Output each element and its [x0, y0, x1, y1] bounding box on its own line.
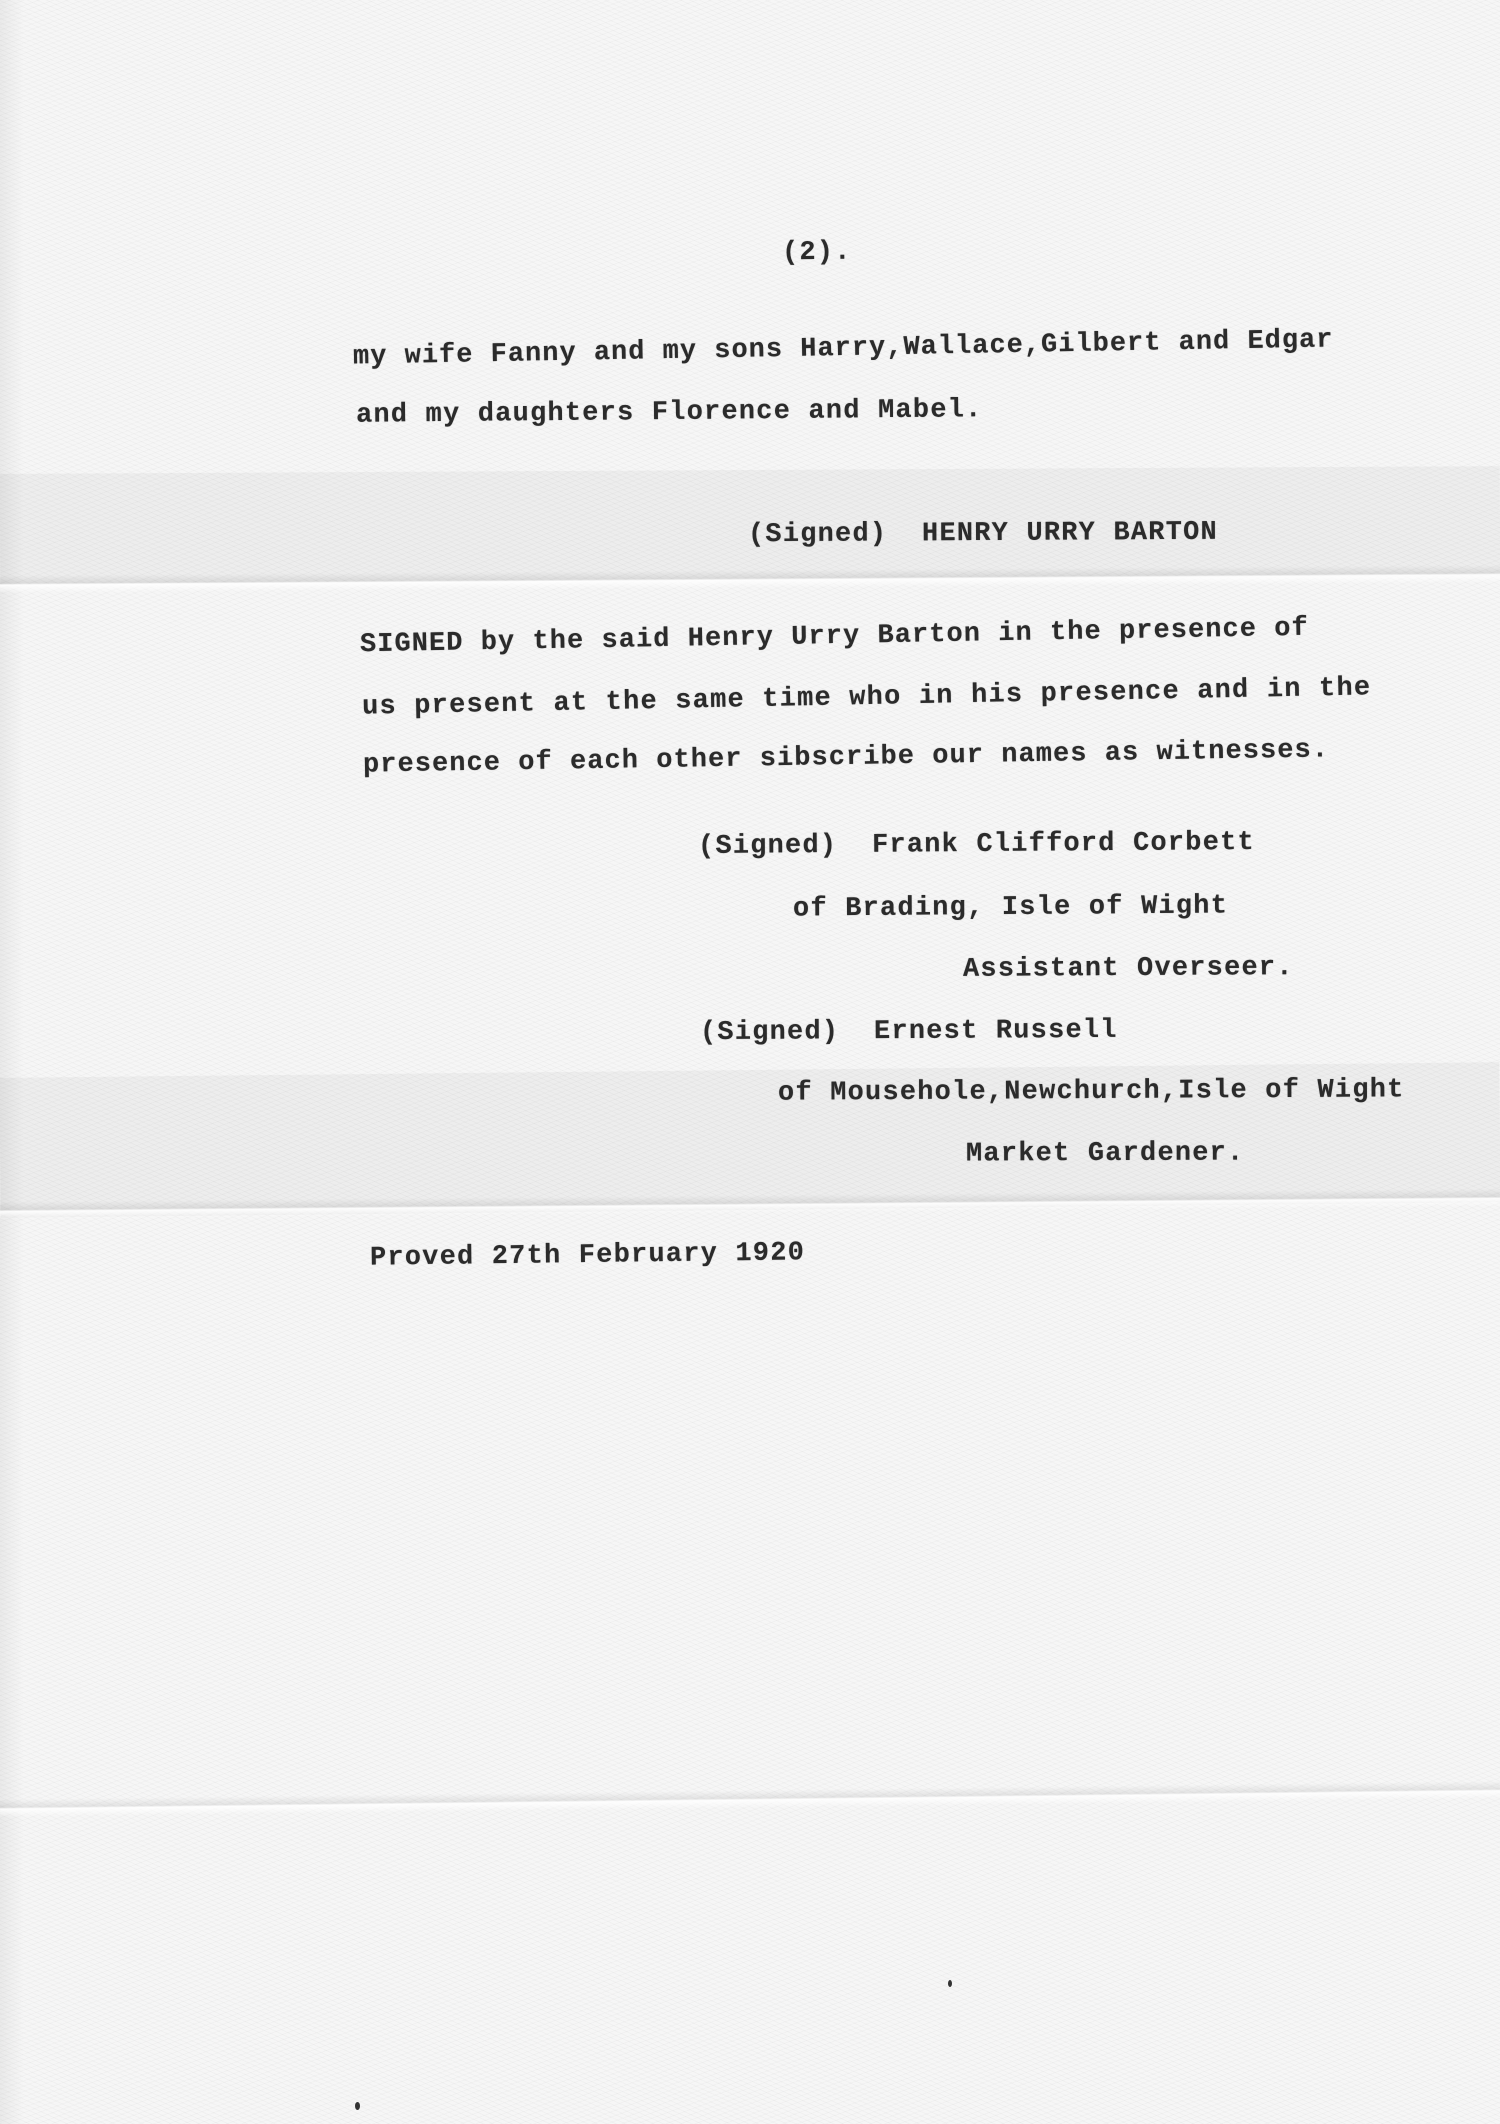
attestation-line: presence of each other sibscribe our nam…: [363, 735, 1330, 780]
witness-signature: (Signed) Frank Clifford Corbett: [698, 828, 1255, 862]
ink-speck: [355, 2102, 360, 2110]
witness-signature: (Signed) Ernest Russell: [700, 1016, 1118, 1048]
bequest-line: and my daughters Florence and Mabel.: [356, 395, 983, 430]
witness-occupation: Market Gardener.: [966, 1139, 1245, 1170]
attestation-line: us present at the same time who in his p…: [362, 673, 1372, 722]
attestation-line: SIGNED by the said Henry Urry Barton in …: [360, 614, 1309, 661]
bequest-line: my wife Fanny and my sons Harry,Wallace,…: [353, 325, 1334, 372]
witness-address: of Brading, Isle of Wight: [793, 891, 1228, 924]
document-page: (2). my wife Fanny and my sons Harry,Wal…: [0, 0, 1500, 2124]
witness-address: of Mousehole,Newchurch,Isle of Wight: [778, 1075, 1405, 1108]
witness-occupation: Assistant Overseer.: [963, 953, 1294, 985]
testator-signature: (Signed) HENRY URRY BARTON: [748, 518, 1218, 550]
paper-fold-line: [0, 1781, 1500, 1817]
page-number: (2).: [782, 238, 852, 269]
probate-date: Proved 27th February 1920: [370, 1238, 805, 1273]
ink-speck: [948, 1980, 952, 1987]
